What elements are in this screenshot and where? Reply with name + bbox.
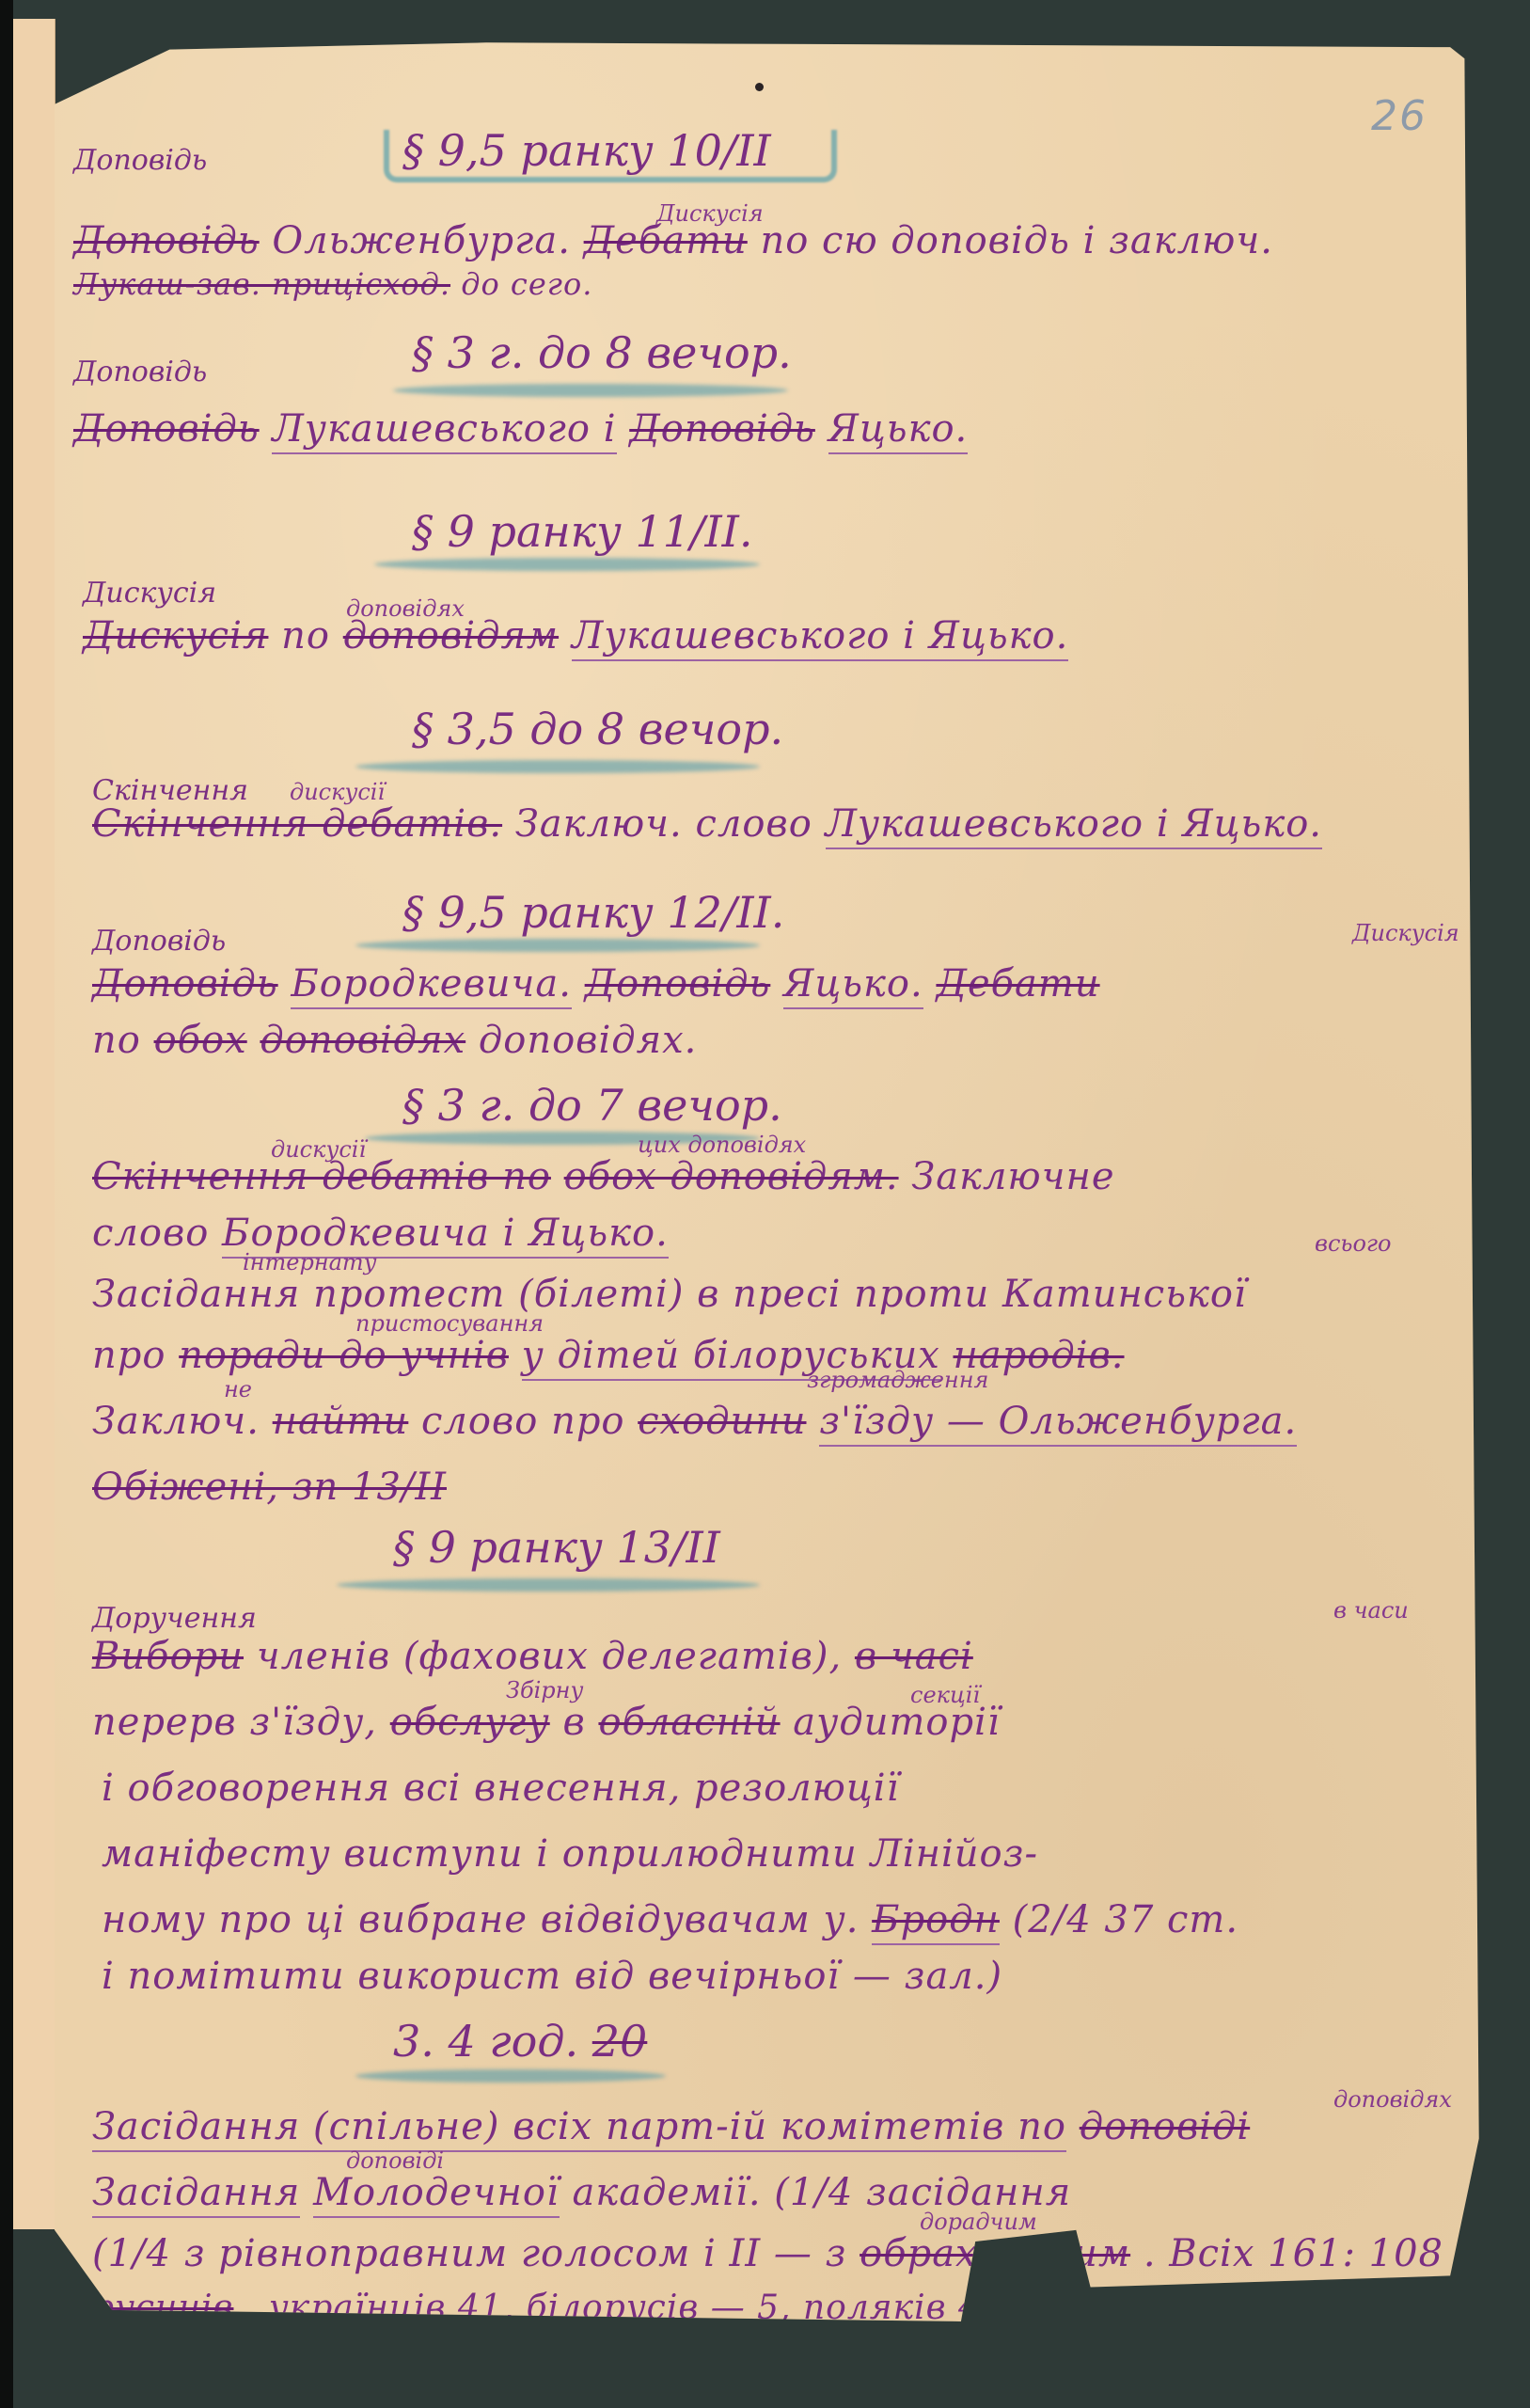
margin-note: Доповідь <box>73 356 207 388</box>
blue-pencil-underline <box>337 1578 760 1592</box>
line-text: членів (фахових делегатів), <box>257 1635 842 1678</box>
text-line: Обіжені, зп 13/II <box>92 1465 447 1509</box>
line-text: (2/4 37 ст. <box>1013 1898 1238 1941</box>
struck-text: Доповідь <box>73 219 260 262</box>
text-line: Скінчення дебатів. Заключ. слово Лукашев… <box>92 802 1322 846</box>
line-text: Бородкевича. <box>291 962 572 1009</box>
blue-pencil-underline <box>393 384 788 397</box>
line-text: по <box>281 614 330 657</box>
struck-text: обрахованим <box>860 2232 1130 2275</box>
struck-text: 20 <box>592 2016 648 2067</box>
interlinear-insert: пристосування <box>355 1310 544 1337</box>
text-line: маніфесту виступи і оприлюднити Лінійоз- <box>102 1832 1038 1876</box>
text-line: Доповідь Ольженбурга. Дебати по сю допов… <box>73 219 1273 262</box>
line-text: Лукашевського і Яцько. <box>572 614 1069 661</box>
text-line: (1/4 з рівноправним голосом і II — з обр… <box>92 2232 1443 2275</box>
struck-text: доповіді <box>1080 2105 1251 2148</box>
section-heading: § 9 ранку 13/II <box>393 1522 720 1573</box>
struck-text: поради до учнів <box>179 1334 509 1377</box>
text-line: перерв з'їзду, обслугу в обласній аудито… <box>92 1701 1001 1744</box>
line-text: по сю доповідь і заключ. <box>761 219 1273 262</box>
text-line: і помітити використ від вечірньої — зал.… <box>102 1955 1002 1998</box>
struck-text: Дебати <box>584 219 748 262</box>
text-line: Р.с.ф.с. <box>92 2331 200 2364</box>
line-text: Лукашевського і <box>272 407 616 454</box>
line-text: ному про ці вибране відвідувачам у. <box>102 1898 859 1941</box>
struck-text: обласній <box>598 1701 780 1744</box>
interlinear-insert: цих доповідях <box>638 1132 806 1158</box>
text-line: русинів , українців 41, білорусів — 5, п… <box>92 2289 1160 2327</box>
text-line: Засідання (спільне) всіх парт-ій комітет… <box>92 2105 1250 2148</box>
struck-text: сходини <box>638 1400 806 1443</box>
line-text: , українців 41, білорусів — 5, поляків 4… <box>245 2289 1161 2327</box>
section-heading: § 9,5 ранку 12/II. <box>402 887 784 938</box>
struck-text: обох <box>154 1019 247 1062</box>
text-line: Дискусія по доповідям Лукашевського і Яц… <box>83 614 1068 657</box>
blue-pencil-underline <box>374 558 760 571</box>
line-text: слово про <box>421 1400 624 1443</box>
struck-text: Доповідь <box>629 407 815 451</box>
line-text: про <box>92 1334 166 1377</box>
struck-text: Доповідь <box>585 962 771 1006</box>
line-text: в <box>562 1701 585 1744</box>
line-text: Яцько. <box>828 407 969 454</box>
line-text: слово <box>92 1212 209 1255</box>
line-text: Лукашевського і Яцько. <box>826 802 1323 849</box>
struck-text: Доповідь <box>73 407 260 451</box>
section-heading: § 9 ранку 11/II. <box>412 506 752 557</box>
struck-text: Лукаш-зав. прицісход. <box>73 266 450 302</box>
interlinear-insert: доповідях <box>1333 2086 1452 2113</box>
struck-text: Дебати <box>936 962 1099 1006</box>
struck-text: Дискусія <box>83 614 268 657</box>
line-text: Заключне <box>911 1155 1114 1198</box>
text-line: Вибори членів (фахових делегатів), в час… <box>92 1635 973 1678</box>
struck-text: доповідям <box>343 614 559 657</box>
section-heading: § 3 г. до 7 вечор. <box>402 1080 782 1131</box>
line-text: по <box>92 1019 141 1062</box>
interlinear-insert: всього <box>1315 1230 1392 1257</box>
heading-text: 3. 4 год. <box>393 2016 578 2067</box>
struck-text: русинів <box>92 2289 233 2327</box>
section-heading: § 3 г. до 8 вечор. <box>412 327 792 378</box>
line-text: Засідання (спільне) всіх парт-ій комітет… <box>92 2105 1066 2152</box>
ink-dot <box>755 83 764 91</box>
text-line: Доповідь Бородкевича. Доповідь Яцько. Де… <box>92 962 1100 1006</box>
struck-text: обох доповідям. <box>564 1155 899 1198</box>
section-heading: 3. 4 год. 20 <box>393 2016 647 2067</box>
section-heading: § 3,5 до 8 вечор. <box>412 704 783 754</box>
interlinear-insert: Збірну <box>506 1677 583 1703</box>
line-text: (1/4 з рівноправним голосом і II — з <box>92 2232 846 2275</box>
line-text: Молодечної <box>313 2171 560 2218</box>
binding-strip <box>0 0 13 2408</box>
text-line: по обох доповідях доповідях. <box>92 1019 697 1062</box>
struck-text: Бродн <box>872 1898 1000 1945</box>
underlying-page-edge <box>13 19 55 2229</box>
interlinear-insert: в часи <box>1333 1597 1409 1624</box>
line-text: доповідях. <box>479 1019 697 1062</box>
text-line: ному про ці вибране відвідувачам у. Брод… <box>102 1898 1238 1941</box>
struck-text: обслугу <box>390 1701 550 1744</box>
folio-number: 26 <box>1371 92 1427 140</box>
interlinear-insert: Дискусія <box>1352 920 1459 946</box>
text-line: Засідання протест (білеті) в пресі проти… <box>92 1273 1247 1316</box>
struck-text: Доповідь <box>92 962 278 1006</box>
line-text: Заключ. <box>92 1400 260 1443</box>
document-page: 26 § 9,5 ранку 10/II Доповідь Дискусія Д… <box>55 36 1493 2321</box>
struck-text: в часі <box>855 1635 973 1678</box>
line-text: до сего. <box>461 266 592 302</box>
blue-pencil-underline <box>355 760 760 773</box>
blue-pencil-bracket <box>384 130 837 182</box>
line-text: з'їзду — Ольженбурга. <box>819 1400 1297 1447</box>
margin-note: Дискусія <box>83 577 216 610</box>
line-text: Засідання <box>92 2171 300 2218</box>
struck-text: найти <box>273 1400 409 1443</box>
struck-text: Обіжені, зп 13/II <box>92 1465 447 1509</box>
interlinear-insert: дискусії <box>290 779 385 805</box>
text-line: Скінчення дебатів по обох доповідям. Зак… <box>92 1155 1115 1198</box>
text-line: Заключ. найти слово про сходини з'їзду —… <box>92 1400 1297 1443</box>
interlinear-insert: інтернату <box>243 1249 377 1275</box>
line-text: Заключ. слово <box>515 802 812 846</box>
line-text: Ольженбурга. <box>272 219 571 262</box>
interlinear-insert: не <box>224 1376 252 1402</box>
line-text: аудиторії <box>793 1701 1000 1744</box>
text-line: Лукаш-зав. прицісход. до сего. <box>73 266 592 302</box>
interlinear-insert: згромадження <box>807 1367 988 1393</box>
margin-note: Доручення <box>92 1602 257 1635</box>
text-line: Доповідь Лукашевського і Доповідь Яцько. <box>73 407 968 451</box>
margin-note: Доповідь <box>73 144 207 177</box>
interlinear-insert: доповіді <box>346 2147 444 2174</box>
struck-text: Скінчення дебатів. <box>92 802 502 846</box>
interlinear-insert: дорадчим <box>920 2209 1037 2235</box>
text-line: слово Бородкевича і Яцько. <box>92 1212 669 1255</box>
line-text: пресі проти Катинської <box>733 1273 1247 1316</box>
margin-note: Доповідь <box>92 925 226 958</box>
struck-text: Скінчення дебатів по <box>92 1155 551 1198</box>
line-text: перерв з'їзду, <box>92 1701 377 1744</box>
struck-text: доповідях <box>260 1019 465 1062</box>
blue-pencil-underline <box>355 2069 666 2083</box>
blue-pencil-underline <box>355 939 760 952</box>
line-text: . Всіх 161: 108 <box>1144 2232 1443 2275</box>
text-line: і обговорення всі внесення, резолюції <box>102 1766 899 1810</box>
line-text: Засідання <box>92 1273 300 1316</box>
struck-text: Вибори <box>92 1635 244 1678</box>
line-text: Яцько. <box>783 962 923 1009</box>
